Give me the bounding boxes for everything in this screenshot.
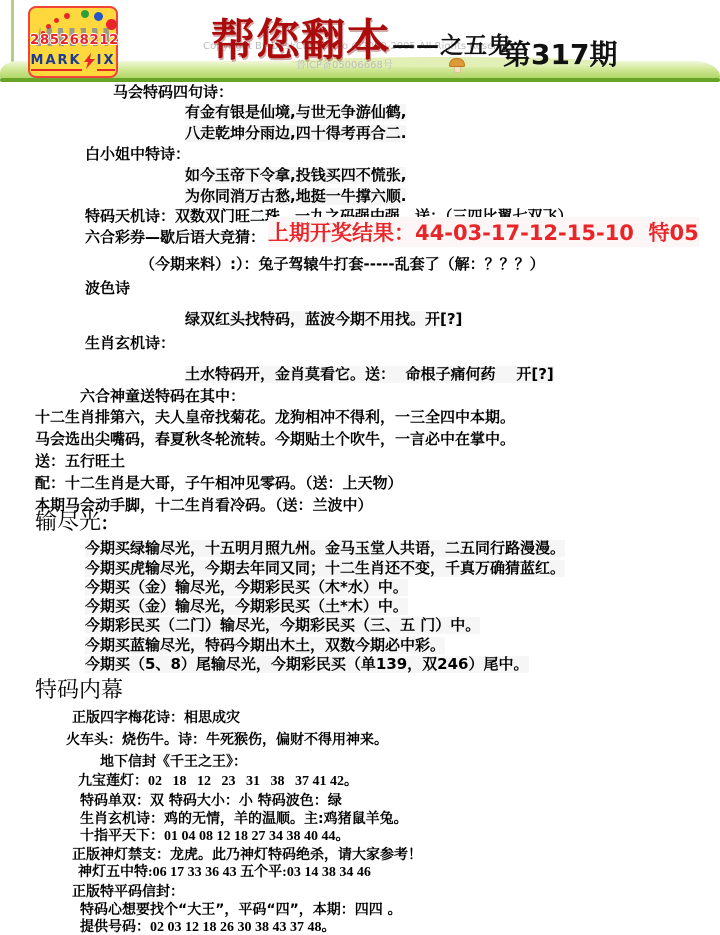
baixiaojie-poem-2: 为你同消万古愁,地挺一牛撑六顺.	[185, 188, 406, 205]
xiehouyu-label: 六合彩券—歇后语大竞猜：	[85, 229, 265, 246]
shentong-line-1: 十二生肖排第六，夫人皇帝找菊花。龙狗相冲不得利，一三全四中本期。	[35, 409, 515, 426]
brand-mark-text: MARK	[31, 53, 82, 71]
shujinguang-line-1: 今期买绿输尽光，十五明月照九州。金马玉堂人共语，二五同行路漫漫。	[85, 540, 565, 557]
mushroom-cap	[449, 58, 465, 67]
page-title: 帮您翻本	[211, 4, 391, 68]
logo-dot	[94, 12, 103, 21]
mahui-poem-2: 八走乾坤分雨边,四十得考再合二.	[185, 125, 406, 142]
shizhi-line: 十指平天下：01 04 08 12 18 27 34 38 40 44。	[80, 829, 350, 845]
logo-dot	[81, 10, 89, 18]
logo-brand: MARK IX	[30, 53, 116, 71]
tigong-line: 提供号码：02 03 12 18 26 30 38 43 37 48。	[80, 920, 336, 935]
huochetou-line: 火车头：烧伤牛。诗：牛死猴伤，偏财不得用神来。	[66, 732, 388, 748]
neimu-heading: 特码内幕	[35, 679, 123, 703]
tepingma-label: 正版特平码信封：	[72, 884, 184, 900]
shendeng-line: 正版神灯禁支：龙虎。此乃神灯特码绝杀，请大家参考！	[72, 847, 422, 863]
lightning-icon	[84, 53, 95, 69]
mushroom-stem	[454, 67, 461, 73]
grass-edge	[0, 78, 720, 82]
page: 285268212 MARK IX Copyright By DeskCar S…	[0, 0, 720, 935]
shujinguang-line-6: 今期买蓝输尽光，特码今期出木土，双数今期必中彩。	[85, 637, 445, 654]
baixiaojie-poem-1: 如今玉帝下令拿,投钱买四不慌张,	[185, 167, 406, 184]
issue-number: 第317期	[503, 33, 617, 73]
logo-dot	[54, 18, 59, 23]
meihua-line: 正版四字梅花诗：相思成灾	[72, 710, 240, 726]
danshuang-line: 特码单双：双 特码大小：小 特码波色：绿	[80, 793, 342, 809]
dixia-line: 地下信封《千王之王》：	[100, 754, 247, 770]
jiubao-line: 九宝莲灯：02 18 12 23 31 38 37 41 42。	[78, 774, 358, 790]
shujinguang-line-4: 今期买（金）输尽光，今期彩民买（土*木）中。	[85, 598, 408, 615]
previous-draw-result: 上期开奖结果：44-03-17-12-15-10 特05	[268, 217, 699, 247]
shujinguang-line-7: 今期买（5、8）尾输尽光，今期彩民买（单139，双246）尾中。	[85, 656, 529, 673]
shentong-label: 六合神童送特码在其中：	[80, 388, 245, 405]
logo-number: 285268212	[30, 32, 116, 48]
shujinguang-line-5: 今期彩民买（二门）输尽光，今期彩民买（三、五 门）中。	[85, 617, 480, 634]
shengxiao2-line: 生肖玄机诗：鸡的无情，羊的温顺。主:鸡猪鼠羊兔。	[80, 811, 408, 827]
header: 285268212 MARK IX Copyright By DeskCar S…	[0, 0, 720, 82]
lailiao-line: （今期来料）:）：兔子驾辕牛打套-----乱套了（解：？？？）	[140, 256, 545, 273]
marksix-logo: 285268212 MARK IX	[28, 6, 118, 78]
logo-dot	[64, 13, 70, 19]
brand-ix-text: IX	[97, 53, 116, 71]
shujinguang-line-3: 今期买（金）输尽光，今期彩民买（木*水）中。	[85, 579, 408, 596]
mahui-poem-1: 有金有银是仙境,与世无争游仙鹤,	[185, 104, 406, 121]
mushroom-icon	[449, 58, 465, 73]
shengxiao-line: 土水特码开，金肖莫看它。送： 命根子痛何药 开[?]	[185, 366, 554, 383]
pei-line: 配：十二生肖是大哥，子午相冲见零码。（送：上天物）	[35, 475, 403, 492]
wuzhongte-line: 神灯五中特:06 17 33 36 43 五个平:03 14 38 34 46	[78, 865, 371, 881]
song-line: 送：五行旺土	[35, 453, 125, 470]
left-border-line	[11, 0, 14, 63]
shengxiao-label: 生肖玄机诗：	[85, 335, 175, 352]
daxang-line: 特码心想要找个“大王”，平码“四”，本期：四四 。	[80, 902, 402, 918]
shentong-line-2: 马会选出尖嘴码，春夏秋冬轮流转。今期贴土个吹牛，一言必中在掌中。	[35, 431, 515, 448]
baixiaojie-label: 白小姐中特诗：	[85, 146, 190, 163]
bose-label: 波色诗	[85, 280, 130, 297]
page-subtitle: ——之五鬼	[392, 27, 512, 60]
bose-line: 绿双红头找特码，蓝波今期不用找。开[?]	[185, 311, 462, 328]
mahui-label: 马会特码四句诗：	[113, 84, 233, 101]
shujinguang-heading: 输尽光:	[35, 511, 108, 535]
shujinguang-line-2: 今期买虎输尽光，今期去年同又同；十二生肖还不变，千真万确猜蓝红。	[85, 560, 565, 577]
